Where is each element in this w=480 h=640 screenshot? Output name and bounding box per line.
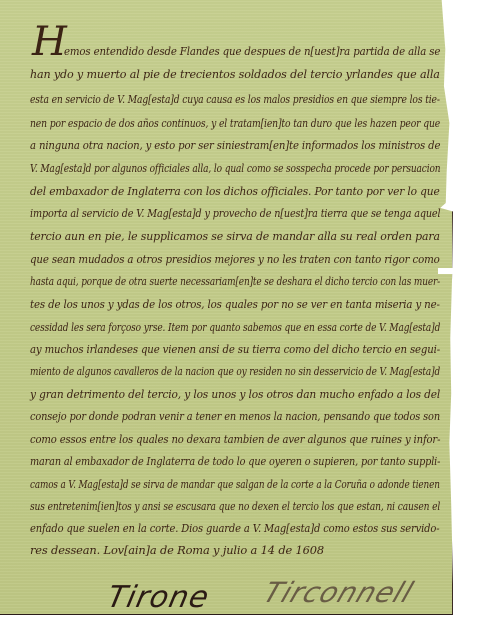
text-line: y gran detrimento del tercio, y los unos… [30, 387, 440, 401]
text-line: enfado que suelen en la corte. Dios guar… [30, 521, 439, 535]
text-line: hasta aqui, porque de otra suerte necess… [30, 274, 440, 288]
text-line: que sean mudados a otros presidios mejor… [30, 252, 440, 266]
text-line: cessidad les sera forçoso yrse. Item por… [30, 320, 440, 334]
text-line: res dessean. Lov[ain]a de Roma y julio a… [30, 543, 324, 557]
text-line: ay muchos irlandeses que vienen ansi de … [30, 342, 440, 356]
text-line: nen por espacio de dos años continuos, y… [30, 116, 440, 130]
text-line: sus entretenim[ien]tos y ansi se escusar… [30, 499, 440, 513]
text-line: maran al embaxador de Inglaterra de todo… [30, 454, 440, 468]
text-line: han ydo y muerto al pie de trecientos so… [30, 67, 440, 81]
text-line: miento de algunos cavalleros de la nacio… [30, 364, 440, 378]
text-line: tercio aun en pie, le supplicamos se sir… [30, 229, 440, 243]
text-line: importa al servicio de V. Mag[esta]d y p… [30, 206, 440, 220]
text-line: emos entendido desde Flandes que despues… [64, 44, 440, 58]
signature-tirone: Tirone [104, 580, 212, 615]
text-line: del embaxador de Inglaterra con los dich… [30, 184, 440, 198]
text-line: a ninguna otra nacion, y esto por ser si… [30, 138, 440, 152]
text-line: consejo por donde podran venir a tener e… [30, 409, 440, 423]
text-line: esta en servicio de V. Mag[esta]d cuya c… [30, 92, 440, 106]
text-line: como essos entre los quales no dexara ta… [30, 432, 440, 446]
text-line: V. Mag[esta]d por algunos officiales all… [30, 161, 441, 175]
decorated-initial: H [32, 22, 67, 62]
text-line: tes de los unos y ydas de los otros, los… [30, 297, 440, 311]
signature-tirconnell: Tirconnell [259, 576, 418, 609]
paper-tear [438, 268, 480, 274]
text-line: camos a V. Mag[esta]d se sirva de mandar… [30, 477, 440, 491]
